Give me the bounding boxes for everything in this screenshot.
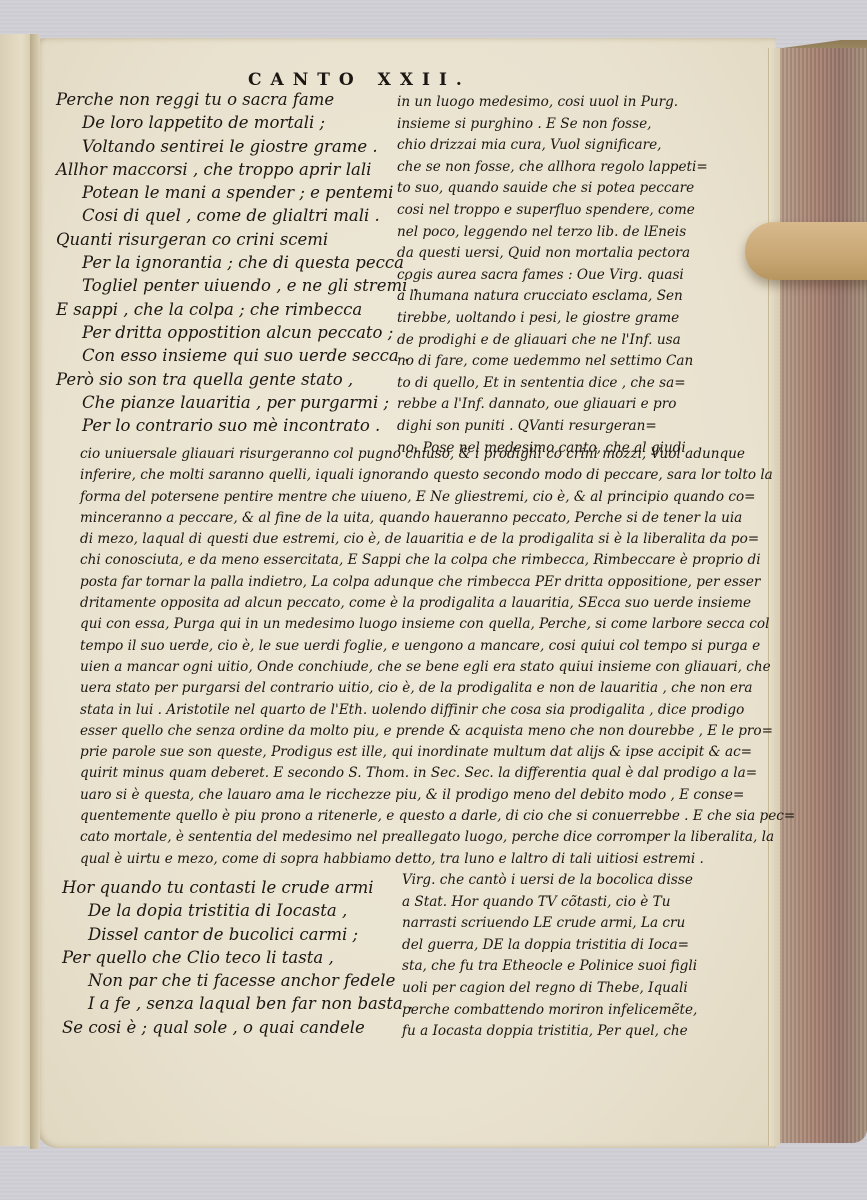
commentary-line: qual è uirtu e mezo, come di sopra habbi… bbox=[80, 849, 795, 870]
verse-block-bottom: Hor quando tu contasti le crude armi De … bbox=[62, 876, 413, 1039]
commentary-line: da questi uersi, Quid non mortalia pecto… bbox=[397, 243, 708, 265]
commentary-line: cato mortale, è sententia del medesimo n… bbox=[80, 827, 795, 848]
commentary-line: no di fare, come uedemmo nel settimo Can bbox=[397, 351, 708, 373]
commentary-line: uera stato per purgarsi del contrario ui… bbox=[80, 678, 795, 699]
verse-line: Hor quando tu contasti le crude armi bbox=[62, 876, 413, 899]
commentary-line: rebbe a l'Inf. dannato, oue gliauari e p… bbox=[397, 394, 708, 416]
commentary-line: forma del potersene pentire mentre che u… bbox=[80, 487, 795, 508]
verse-line: Dissel cantor de bucolici carmi ; bbox=[62, 923, 413, 946]
commentary-line: Virg. che cantò i uersi de la bocolica d… bbox=[402, 870, 697, 892]
verse-line: I a fe , senza laqual ben far non basta … bbox=[62, 992, 413, 1015]
wooden-page-holder bbox=[745, 222, 867, 280]
commentary-line: a Stat. Hor quando TV cõtasti, cio è Tu bbox=[402, 892, 697, 914]
verse-line: Cosi di quel , come de glialtri mali . bbox=[56, 204, 418, 227]
commentary-line: chio drizzai mia cura, Vuol significare, bbox=[397, 135, 708, 157]
commentary-line: tirebbe, uoltando i pesi, le giostre gra… bbox=[397, 308, 708, 330]
commentary-line: cio uniuersale gliauari risurgeranno col… bbox=[80, 444, 795, 465]
running-head: CANTO XXII. bbox=[248, 70, 471, 90]
commentary-line: to suo, quando sauide che si potea pecca… bbox=[397, 178, 708, 200]
verse-line: De la dopia tristitia di Iocasta , bbox=[62, 899, 413, 922]
book-gutter bbox=[30, 34, 40, 1149]
verse-line: Che pianze lauaritia , per purgarmi ; bbox=[56, 391, 418, 414]
commentary-line: prie parole sue son queste, Prodigus est… bbox=[80, 742, 795, 763]
verse-line: De loro lappetito de mortali ; bbox=[56, 111, 418, 134]
commentary-line: dritamente opposita ad alcun peccato, co… bbox=[80, 593, 795, 614]
verse-line: Voltando sentirei le giostre grame . bbox=[56, 135, 418, 158]
verse-line: Perche non reggi tu o sacra fame bbox=[56, 88, 418, 111]
book-scan: CANTO XXII. Perche non reggi tu o sacra … bbox=[0, 0, 867, 1200]
commentary-line: esser quello che senza ordine da molto p… bbox=[80, 721, 795, 742]
commentary-line: del guerra, DE la doppia tristitia di Io… bbox=[402, 935, 697, 957]
commentary-line: stata in lui . Aristotile nel quarto de … bbox=[80, 700, 795, 721]
commentary-line: in un luogo medesimo, cosi uuol in Purg. bbox=[397, 92, 708, 114]
verse-line: Allhor maccorsi , che troppo aprir lali bbox=[56, 158, 418, 181]
commentary-line: cogis aurea sacra fames : Oue Virg. quas… bbox=[397, 265, 708, 287]
commentary-line: qui con essa, Purga qui in un medesimo l… bbox=[80, 614, 795, 635]
verse-block-top: Perche non reggi tu o sacra fame De loro… bbox=[56, 88, 418, 437]
commentary-line: uaro si è questa, che lauaro ama le ricc… bbox=[80, 785, 795, 806]
commentary-column-bottom: Virg. che cantò i uersi de la bocolica d… bbox=[402, 870, 697, 1043]
commentary-line: cosi nel troppo e superfluo spendere, co… bbox=[397, 200, 708, 222]
commentary-column-top: in un luogo medesimo, cosi uuol in Purg.… bbox=[397, 92, 708, 459]
verse-line: Per la ignorantia ; che di questa pecca bbox=[56, 251, 418, 274]
commentary-line: uoli per cagion del regno di Thebe, Iqua… bbox=[402, 978, 697, 1000]
verse-line: Togliel penter uiuendo , e ne gli stremi… bbox=[56, 274, 418, 297]
commentary-line: inferire, che molti saranno quelli, iqua… bbox=[80, 465, 795, 486]
commentary-line: de prodighi e de gliauari che ne l'Inf. … bbox=[397, 330, 708, 352]
commentary-line: quirit minus quam deberet. E secondo S. … bbox=[80, 763, 795, 784]
verse-line: Potean le mani a spender ; e pentemi bbox=[56, 181, 418, 204]
commentary-line: quentemente quello è piu prono a ritener… bbox=[80, 806, 795, 827]
verse-line: Quanti risurgeran co crini scemi bbox=[56, 228, 418, 251]
verse-line: Per lo contrario suo mè incontrato . bbox=[56, 414, 418, 437]
commentary-line: tempo il suo uerde, cio è, le sue uerdi … bbox=[80, 636, 795, 657]
commentary-line: insieme si purghino . E Se non fosse, bbox=[397, 114, 708, 136]
verse-line: E sappi , che la colpa ; che rimbecca bbox=[56, 298, 418, 321]
commentary-line: posta far tornar la palla indietro, La c… bbox=[80, 572, 795, 593]
verse-line: Non par che ti facesse anchor fedele bbox=[62, 969, 413, 992]
commentary-line: narrasti scriuendo LE crude armi, La cru bbox=[402, 913, 697, 935]
verse-line: Con esso insieme qui suo uerde secca . bbox=[56, 344, 418, 367]
commentary-line: dighi son puniti . QVanti resurgeran= bbox=[397, 416, 708, 438]
commentary-fullwidth: cio uniuersale gliauari risurgeranno col… bbox=[80, 444, 795, 870]
verse-line: Per quello che Clio teco li tasta , bbox=[62, 946, 413, 969]
verse-line: Per dritta oppostition alcun peccato ; bbox=[56, 321, 418, 344]
commentary-line: chi conosciuta, e da meno essercitata, E… bbox=[80, 550, 795, 571]
commentary-line: perche combattendo moriron infelicemẽte, bbox=[402, 1000, 697, 1022]
commentary-line: sta, che fu tra Etheocle e Polinice suoi… bbox=[402, 956, 697, 978]
commentary-line: di mezo, laqual di questi due estremi, c… bbox=[80, 529, 795, 550]
commentary-line: a lhumana natura crucciato esclama, Sen bbox=[397, 286, 708, 308]
commentary-line: nel poco, leggendo nel terzo lib. de lEn… bbox=[397, 222, 708, 244]
verse-line: Se cosi è ; qual sole , o quai candele bbox=[62, 1016, 413, 1039]
commentary-line: che se non fosse, che allhora regolo lap… bbox=[397, 157, 708, 179]
commentary-line: uien a mancar ogni uitio, Onde conchiude… bbox=[80, 657, 795, 678]
verse-line: Però sio son tra quella gente stato , bbox=[56, 368, 418, 391]
commentary-line: fu a Iocasta doppia tristitia, Per quel,… bbox=[402, 1021, 697, 1043]
commentary-line: minceranno a peccare, & al fine de la ui… bbox=[80, 508, 795, 529]
commentary-line: to di quello, Et in sententia dice , che… bbox=[397, 373, 708, 395]
